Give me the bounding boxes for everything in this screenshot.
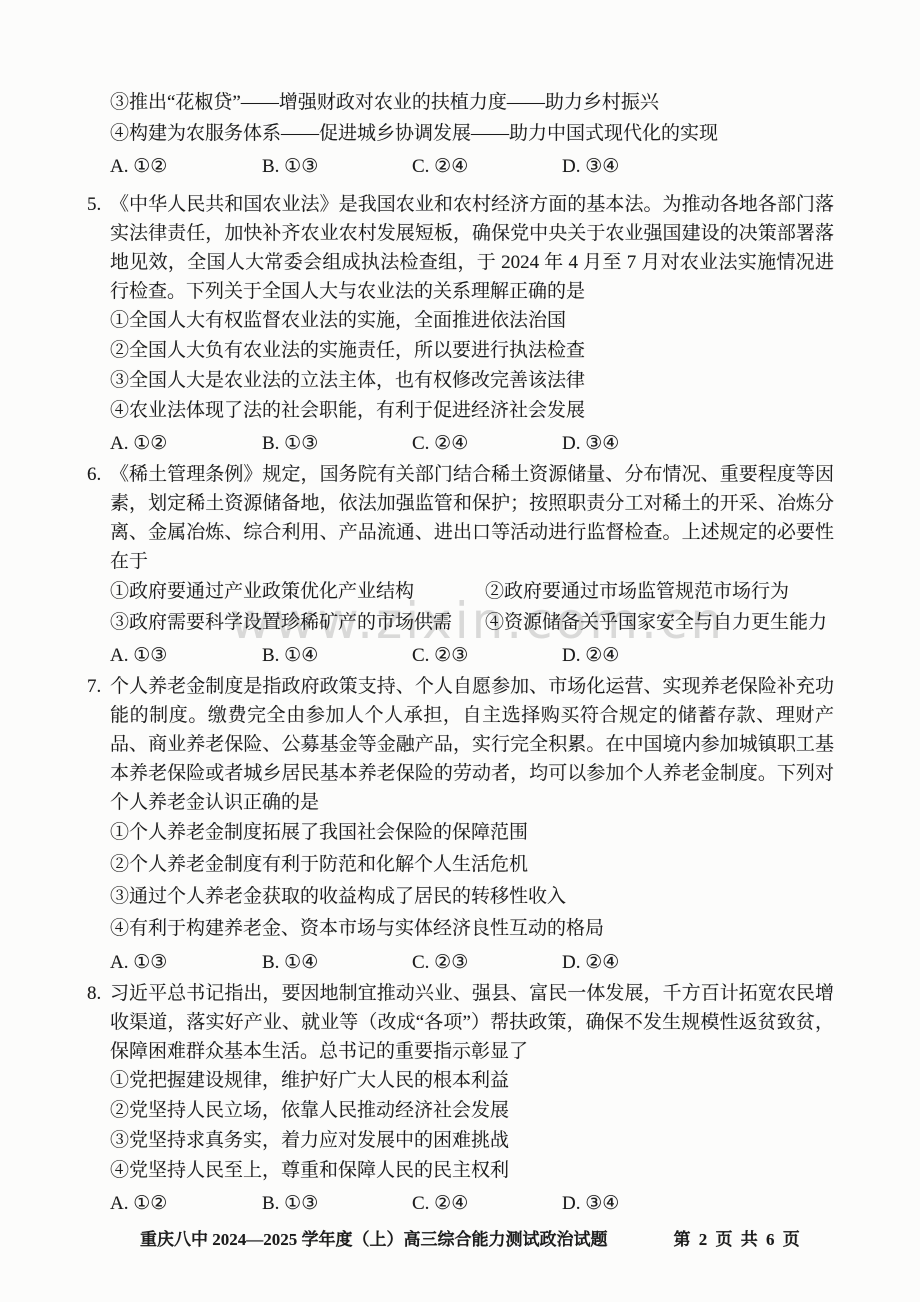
option-line-4: ④有利于构建养老金、资本市场与实体经济良性互动的格局	[110, 913, 834, 945]
answer-row-q4: A. ①② B. ①③ C. ②④ D. ③④	[110, 152, 834, 182]
answer-row-q6: A. ①③ B. ①④ C. ②③ D. ②④	[110, 641, 834, 671]
question-stem: 《中华人民共和国农业法》是我国农业和农村经济方面的基本法。为推动各地各部门落实法…	[110, 190, 834, 306]
footer-page-number: 第 2 页 共 6 页	[674, 1228, 802, 1252]
option-line-1: ①党把握建设规律，维护好广大人民的根本利益	[110, 1066, 834, 1096]
answer-choice-d: D. ③④	[562, 1189, 834, 1219]
answer-choice-b: B. ①④	[262, 641, 412, 671]
answer-choice-c: C. ②③	[412, 948, 562, 978]
question-number: 5.	[87, 190, 101, 219]
answer-row-q8: A. ①② B. ①③ C. ②④ D. ③④	[110, 1189, 834, 1219]
option-line-4: ④党坚持人民至上，尊重和保障人民的民主权利	[110, 1156, 834, 1186]
option-line-1: ①全国人大有权监督农业法的实施，全面推进依法治国	[110, 306, 834, 336]
option-line-2: ②党坚持人民立场，依靠人民推动经济社会发展	[110, 1096, 834, 1126]
answer-choice-d: D. ②④	[562, 641, 834, 671]
answer-choice-d: D. ③④	[562, 429, 834, 459]
option-line-3: ③通过个人养老金获取的收益构成了居民的转移性收入	[110, 881, 834, 913]
option-line-3: ③党坚持求真务实，着力应对发展中的困难挑战	[110, 1126, 834, 1156]
answer-row-q7: A. ①③ B. ①④ C. ②③ D. ②④	[110, 948, 834, 978]
option-line-3: ③全国人大是农业法的立法主体，也有权修改完善该法律	[110, 366, 834, 396]
page-footer: 重庆八中 2024—2025 学年度（上）高三综合能力测试政治试题 第 2 页 …	[140, 1228, 834, 1252]
exam-paper-page: www.zixin.com.cn ③推出“花椒贷”——增强财政对农业的扶植力度—…	[0, 0, 920, 1302]
question-5: 5. 《中华人民共和国农业法》是我国农业和农村经济方面的基本法。为推动各地各部门…	[110, 190, 834, 459]
answer-choice-b: B. ①④	[262, 948, 412, 978]
answer-choice-a: A. ①②	[110, 1189, 262, 1219]
option-line-2: ②个人养老金制度有利于防范和化解个人生活危机	[110, 849, 834, 881]
answer-choice-a: A. ①③	[110, 641, 262, 671]
option-line-1: ①政府要通过产业政策优化产业结构	[110, 576, 485, 607]
option-line-1: ①个人养老金制度拓展了我国社会保险的保障范围	[110, 817, 834, 849]
answer-choice-a: A. ①③	[110, 948, 262, 978]
option-line-4: ④农业法体现了法的社会职能，有利于促进经济社会发展	[110, 396, 834, 426]
question-7: 7. 个人养老金制度是指政府政策支持、个人自愿参加、市场化运营、实现养老保险补充…	[110, 672, 834, 978]
answer-row-q5: A. ①② B. ①③ C. ②④ D. ③④	[110, 429, 834, 459]
question-8: 8. 习近平总书记指出，要因地制宜推动兴业、强县、富民一体发展，千方百计拓宽农民…	[110, 979, 834, 1219]
option-line-2: ②政府要通过市场监管规范市场行为	[485, 576, 834, 607]
answer-choice-d: D. ③④	[562, 152, 834, 182]
answer-choice-a: A. ①②	[110, 152, 262, 182]
answer-choice-a: A. ①②	[110, 429, 262, 459]
answer-choice-b: B. ①③	[262, 429, 412, 459]
option-line-3: ③推出“花椒贷”——增强财政对农业的扶植力度——助力乡村振兴	[110, 87, 834, 118]
option-line-4: ④资源储备关乎国家安全与自力更生能力	[485, 607, 834, 638]
answer-choice-b: B. ①③	[262, 152, 412, 182]
question-number: 7.	[87, 672, 101, 701]
answer-choice-c: C. ②③	[412, 641, 562, 671]
option-line-3: ③政府需要科学设置珍稀矿产的市场供需	[110, 607, 485, 638]
answer-choice-d: D. ②④	[562, 948, 834, 978]
question-number: 8.	[87, 979, 101, 1008]
question-4-tail: ③推出“花椒贷”——增强财政对农业的扶植力度——助力乡村振兴 ④构建为农服务体系…	[110, 87, 834, 182]
question-number: 6.	[87, 460, 101, 489]
answer-choice-c: C. ②④	[412, 152, 562, 182]
answer-choice-c: C. ②④	[412, 429, 562, 459]
option-line-2: ②全国人大负有农业法的实施责任，所以要进行执法检查	[110, 336, 834, 366]
answer-choice-b: B. ①③	[262, 1189, 412, 1219]
option-grid: ①政府要通过产业政策优化产业结构 ②政府要通过市场监管规范市场行为 ③政府需要科…	[110, 576, 834, 638]
question-6: 6. 《稀土管理条例》规定，国务院有关部门结合稀土资源储量、分布情况、重要程度等…	[110, 460, 834, 671]
question-stem: 个人养老金制度是指政府政策支持、个人自愿参加、市场化运营、实现养老保险补充功能的…	[110, 672, 834, 817]
footer-exam-title: 重庆八中 2024—2025 学年度（上）高三综合能力测试政治试题	[140, 1228, 608, 1252]
answer-choice-c: C. ②④	[412, 1189, 562, 1219]
option-line-4: ④构建为农服务体系——促进城乡协调发展——助力中国式现代化的实现	[110, 118, 834, 149]
question-stem: 《稀土管理条例》规定，国务院有关部门结合稀土资源储量、分布情况、重要程度等因素，…	[110, 460, 834, 576]
question-stem: 习近平总书记指出，要因地制宜推动兴业、强县、富民一体发展，千方百计拓宽农民增收渠…	[110, 979, 834, 1066]
